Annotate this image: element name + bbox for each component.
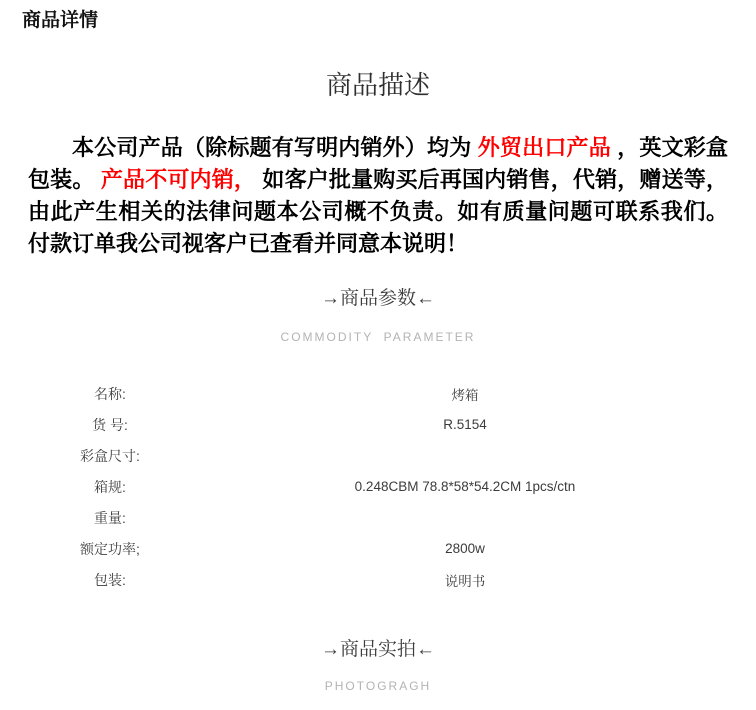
parameter-label: 彩盒尺寸: [0,446,220,466]
parameter-row: 重量: [0,502,756,533]
description-text-segment: 本公司产品（除标题有写明内销外）均为 [72,135,471,160]
parameter-table: 名称: 烤箱 货 号: R.5154 彩盒尺寸: 箱规: 0.248CBM 78… [0,378,756,595]
parameter-label: 重量: [0,508,220,528]
parameters-section: →商品参数← COMMODITY PARAMETER 名称: 烤箱 货 号: R… [0,288,756,595]
parameter-row: 包装: 说明书 [0,564,756,595]
parameter-value: 说明书 [220,570,710,590]
parameter-row: 额定功率; 2800w [0,533,756,564]
description-heading: 商品描述 [0,70,756,100]
parameter-label: 货 号: [0,415,220,435]
description-text-segment: 外贸出口产品 [478,135,611,160]
page-title: 商品详情 [0,0,756,32]
photos-section: →商品实拍← PHOTOGRAGH [0,639,756,693]
parameter-value: 0.248CBM 78.8*58*54.2CM 1pcs/ctn [220,479,710,494]
parameters-heading: →商品参数← [0,288,756,310]
parameters-subheading: COMMODITY PARAMETER [0,330,756,344]
parameter-label: 名称: [0,384,220,404]
photos-subheading: PHOTOGRAGH [0,679,756,693]
photos-heading: →商品实拍← [0,639,756,661]
description-text-segment: 产品不可内销， [101,167,256,192]
parameter-value: R.5154 [220,417,710,432]
parameter-row: 货 号: R.5154 [0,409,756,440]
parameter-label: 包装: [0,570,220,590]
parameter-row: 箱规: 0.248CBM 78.8*58*54.2CM 1pcs/ctn [0,471,756,502]
description-paragraph: 本公司产品（除标题有写明内销外）均为 外贸出口产品 ，英文彩盒包装。 产品不可内… [28,132,728,260]
parameter-label: 额定功率; [0,539,220,559]
parameter-row: 彩盒尺寸: [0,440,756,471]
parameter-label: 箱规: [0,477,220,497]
parameter-row: 名称: 烤箱 [0,378,756,409]
parameter-value: 2800w [220,541,710,556]
parameter-value: 烤箱 [220,384,710,404]
